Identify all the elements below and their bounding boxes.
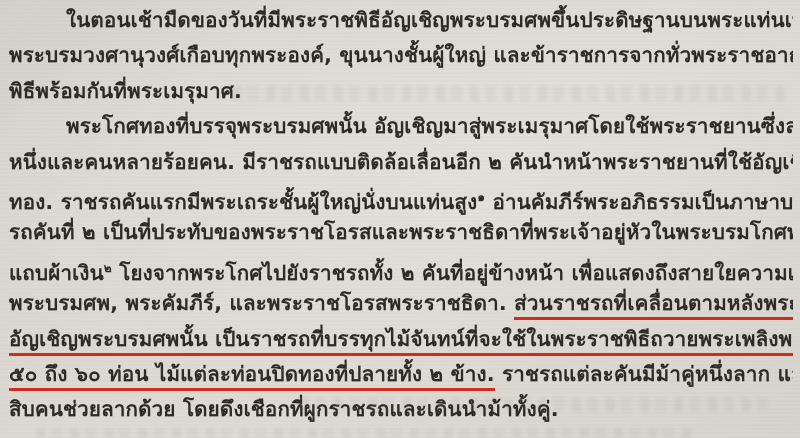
text-segment: หนึ่งและคนหลายร้อยคน. มีราชรถแบบติดล้อเล… [9,150,793,174]
text-segment: พระบรมศพ, พระคัมภีร์, และพระราชโอรสพระรา… [9,291,514,315]
text-line: พระบรมวงศานุวงศ์เกือบทุกพระองค์, ขุนนางช… [9,38,793,73]
text-line: รถคันที่ ๒ เป็นที่ประทับของพระราชโอรสและ… [9,215,793,250]
text-segment: พระโกศทองที่บรรจุพระบรมศพนั้น อัญเชิญมาส… [66,114,793,138]
text-segment: อ่านคัมภีร์พระอภิธรรมเป็นภาษาบาลี ส่วนรา… [485,190,793,214]
red-underlined-text: ๕๐ ถึง ๖๐ ท่อน ไม้แต่ละท่อนปิดทองที่ปลาย… [9,362,495,391]
text-segment: ในตอนเช้ามืดของวันที่มีพระราชพิธีอัญเชิญ… [66,8,793,32]
text-segment: ราชรถแต่ละคันมีม้าคู่หนึ่งลาก และมีคนอีก… [495,362,793,386]
text-line: พระบรมศพ, พระคัมภีร์, และพระราชโอรสพระรา… [9,286,793,321]
showthrough-ghost-text [36,428,692,438]
text-segment: โยงจากพระโกศไปยังราชรถทั้ง ๒ คันที่อยู่ข… [112,261,793,285]
text-segment: ทอง. ราชรถคันแรกมีพระเถระชั้นผู้ใหญ่นั่ง… [9,190,477,214]
red-underlined-text: ส่วนราชรถที่เคลื่อนตามหลังพระราชยานที่ใช… [514,291,793,320]
text-segment: รถคันที่ ๒ เป็นที่ประทับของพระราชโอรสและ… [9,220,793,244]
page-text: ในตอนเช้ามืดของวันที่มีพระราชพิธีอัญเชิญ… [9,3,793,428]
text-line: ในตอนเช้ามืดของวันที่มีพระราชพิธีอัญเชิญ… [9,3,793,38]
text-line: แถบผ้าเงิน๒ โยงจากพระโกศไปยังราชรถทั้ง ๒… [9,251,793,286]
text-segment: แถบผ้าเงิน [9,261,104,285]
red-underlined-text: อัญเชิญพระบรมศพนั้น เป็นราชรถที่บรรทุกไม… [9,327,793,356]
scanned-page: ในตอนเช้ามืดของวันที่มีพระราชพิธีอัญเชิญ… [0,0,800,438]
text-line: อัญเชิญพระบรมศพนั้น เป็นราชรถที่บรรทุกไม… [9,322,793,357]
text-line: ทอง. ราชรถคันแรกมีพระเถระชั้นผู้ใหญ่นั่ง… [9,180,793,215]
text-line: สิบคนช่วยลากด้วย โดยดึงเชือกที่ผูกราชรถแ… [9,392,793,427]
footnote-marker: ๒ [104,261,112,275]
text-line: ๕๐ ถึง ๖๐ ท่อน ไม้แต่ละท่อนปิดทองที่ปลาย… [9,357,793,392]
footnote-marker: ๑ [477,190,485,204]
text-segment: พิธีพร้อมกันที่พระเมรุมาศ. [9,79,242,103]
text-segment: สิบคนช่วยลากด้วย โดยดึงเชือกที่ผูกราชรถแ… [9,397,559,421]
text-line: พระโกศทองที่บรรจุพระบรมศพนั้น อัญเชิญมาส… [9,109,793,144]
text-line: หนึ่งและคนหลายร้อยคน. มีราชรถแบบติดล้อเล… [9,145,793,180]
text-line: พิธีพร้อมกันที่พระเมรุมาศ. [9,74,793,109]
text-segment: พระบรมวงศานุวงศ์เกือบทุกพระองค์, ขุนนางช… [9,43,793,67]
